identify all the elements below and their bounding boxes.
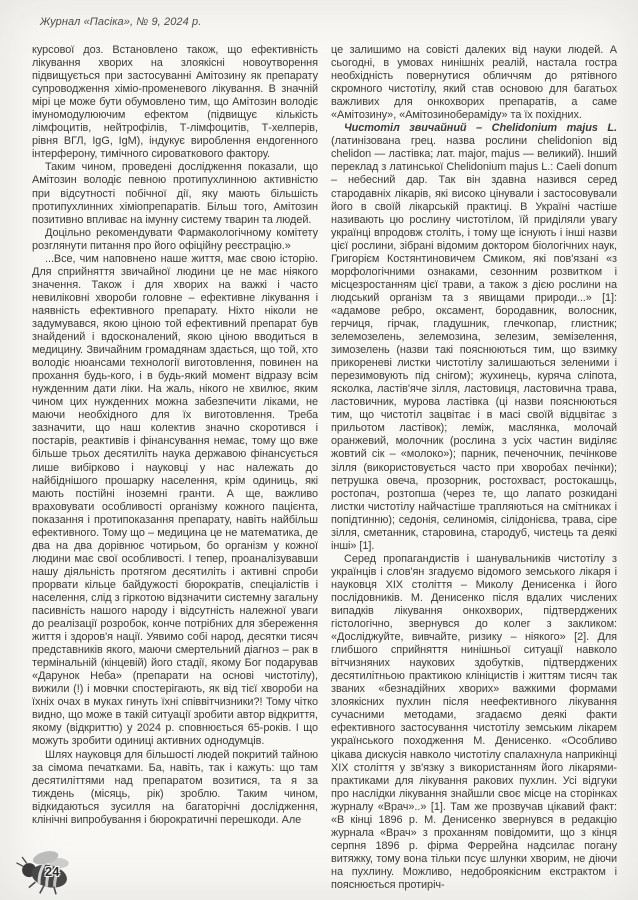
paragraph-text: ...Все, чим наповнено наше життя, має св… bbox=[32, 253, 318, 748]
paragraph-text: Серед пропагандистів і шанувальників чис… bbox=[331, 553, 617, 891]
paragraph-text: це залишимо на совісті далеких від науки… bbox=[331, 44, 617, 121]
paragraph: Серед пропагандистів і шанувальників чис… bbox=[331, 553, 617, 892]
paragraph-lead-bold: Чистотіл звичайний – Chelidonium majus L… bbox=[344, 122, 617, 134]
paragraph: це залишимо на совісті далеких від науки… bbox=[331, 44, 617, 122]
paragraph-text: Доцільно рекомендувати Фармакологічному … bbox=[32, 227, 318, 252]
paragraph: Доцільно рекомендувати Фармакологічному … bbox=[32, 227, 318, 253]
paragraph: Шлях науковця для більшості людей покрит… bbox=[32, 749, 318, 827]
text-columns: курсової доз. Встановлено також, що ефек… bbox=[32, 44, 617, 892]
page-number: 24 bbox=[45, 864, 59, 879]
left-column: курсової доз. Встановлено також, що ефек… bbox=[32, 44, 318, 892]
paragraph-text: Таким чином, проведені дослідження показ… bbox=[32, 161, 318, 225]
paragraph-text: Шлях науковця для більшості людей покрит… bbox=[32, 749, 318, 826]
paragraph-chelidonium: Чистотіл звичайний – Chelidonium majus L… bbox=[331, 122, 617, 553]
paragraph: Таким чином, проведені дослідження показ… bbox=[32, 161, 318, 226]
paragraph: курсової доз. Встановлено також, що ефек… bbox=[32, 44, 318, 161]
paragraph: ...Все, чим наповнено наше життя, має св… bbox=[32, 253, 318, 749]
page-header: Журнал «Пасіка», № 9, 2024 р. bbox=[40, 16, 201, 28]
paragraph-text: курсової доз. Встановлено також, що ефек… bbox=[32, 44, 318, 160]
scanned-journal-page: Журнал «Пасіка», № 9, 2024 р. курсової д… bbox=[0, 0, 638, 900]
right-column: це залишимо на совісті далеких від науки… bbox=[331, 44, 617, 892]
paragraph-text: (латинізована грец. назва рослини chelid… bbox=[331, 135, 617, 551]
